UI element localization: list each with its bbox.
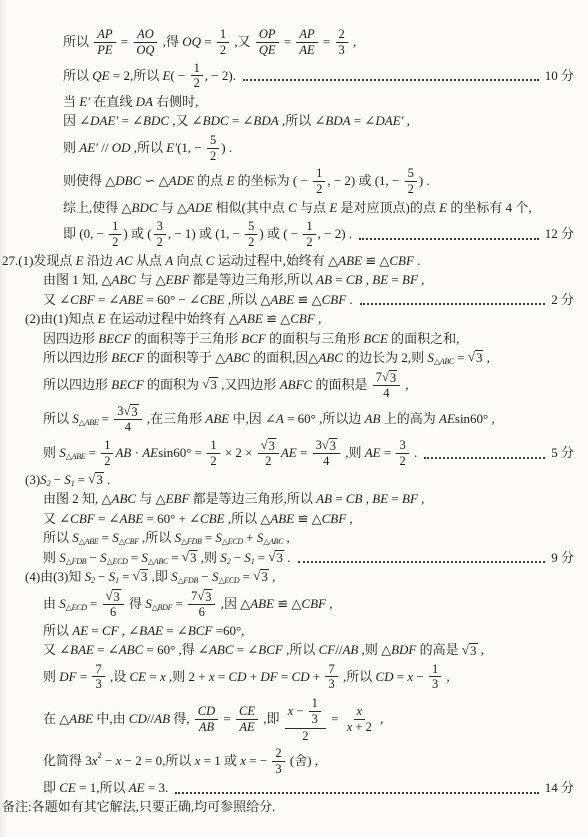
solution-lines: 所以 APPE = AOOQ ,得 OQ = 12 ,又 OPQE = APAE… — [0, 26, 574, 817]
math-fraction: x − 132 — [285, 695, 326, 743]
math-variable: C — [288, 199, 297, 217]
text-run: 上的高为 — [380, 410, 439, 428]
text-run: = — [328, 710, 342, 728]
text-run: 4 — [125, 420, 131, 435]
math-fraction: 73 — [325, 662, 337, 693]
radicand: 3 — [189, 550, 198, 566]
score-label: 9 分 — [551, 549, 574, 567]
text-run: 则 — [43, 668, 59, 686]
text-run: 所以 — [43, 622, 72, 640]
fraction-numerator: AP — [94, 27, 115, 43]
math-variable: EBF — [166, 490, 190, 508]
text-run: = 60° + ∠ — [143, 510, 200, 528]
math-variable: AO — [137, 27, 154, 42]
text-run: 由 — [43, 595, 59, 613]
math-variable: CE — [129, 668, 146, 686]
math-subscript: △ABE — [79, 417, 99, 428]
math-variable: AE′ — [79, 139, 98, 157]
text-run: . — [346, 291, 356, 309]
text-run: 2 — [275, 746, 281, 761]
math-sqrt: √3 — [468, 350, 484, 366]
math-fraction: 12 — [191, 61, 203, 92]
math-subscript: 1 — [251, 556, 255, 567]
text-run: , ∠ — [119, 622, 140, 640]
math-fraction: √36 — [103, 589, 124, 620]
math-subscript: △BDF — [152, 602, 173, 613]
math-variable: QE — [259, 43, 276, 58]
radicand: 3 — [329, 438, 337, 453]
math-fraction: 12 — [207, 438, 219, 469]
dot-leader — [424, 456, 545, 459]
math-variable: BDA — [325, 112, 350, 130]
text-run: , — [377, 710, 384, 728]
math-variable: C — [206, 252, 215, 270]
radical-sign-icon: √ — [202, 377, 209, 392]
radicand: 3 — [140, 569, 149, 585]
math-variable: CBE — [200, 510, 225, 528]
text-run: 的坐标有 4 个, — [447, 199, 532, 217]
text-run: − — [293, 704, 306, 719]
text-run: = 60° ,得 ∠ — [143, 641, 209, 659]
math-variable: ADE — [169, 172, 194, 190]
fraction-denominator: PE — [94, 43, 115, 58]
solution-line: 即 CE = 1,所以 AE = 3. 14 分 — [0, 779, 574, 797]
text-run: 2 — [408, 182, 414, 197]
math-fraction: 12 — [303, 219, 315, 250]
solution-line: 当 E′ 在直线 DA 右侧时, — [0, 93, 574, 111]
text-run: ≌ △ — [274, 595, 301, 613]
text-run: ,即 — [260, 710, 283, 728]
solution-line: 又 ∠CBF = ∠ABE = 60° + ∠CBE ,所以 △ABE ≌ △C… — [0, 510, 574, 528]
text-run: 沿边 — [84, 252, 117, 270]
fraction-numerator: x — [354, 704, 366, 720]
text-run: 在运动过程中始终有 △ — [106, 310, 240, 328]
math-subscript: △ECD — [107, 556, 128, 567]
math-variable: DA — [136, 93, 153, 111]
math-variable: CB — [346, 490, 363, 508]
text-run: 都是等边三角形,所以 — [189, 271, 316, 289]
text-run: , − 2) 或 (1, − — [327, 172, 402, 190]
math-variable: DF — [260, 668, 277, 686]
text-run: 综上,使得 △ — [63, 199, 132, 217]
math-subscripted: S△ABC — [141, 549, 168, 567]
text-run: 7 — [95, 662, 101, 677]
math-fraction: 52 — [405, 166, 417, 197]
solution-line: 所以四边形 BECF 的面积等于 △ABC 的面积,因△ABC 的边长为 2,则… — [0, 349, 574, 367]
fraction-numerator: 1 — [309, 696, 321, 712]
radical-sign-icon: √ — [133, 569, 140, 584]
text-run: 3 — [275, 762, 281, 777]
radical-sign-icon: √ — [468, 350, 475, 365]
math-subscripted: S△ABC — [257, 529, 284, 547]
text-run: 7 — [328, 662, 334, 677]
math-sqrt: √3 — [133, 569, 149, 585]
text-run: 1 — [210, 438, 216, 453]
math-variable: ABE — [270, 510, 294, 528]
solution-line: 因 ∠DAE′ = ∠BDC ,又 ∠BDC = ∠BDA ,所以 ∠BDA =… — [0, 112, 574, 130]
math-variable: E — [162, 67, 170, 85]
math-variable: ABC — [112, 490, 137, 508]
text-run: ,又四边形 — [218, 376, 280, 394]
radicand: 3 — [469, 643, 478, 659]
solution-line: 所以 S△ABE = S△CBF ,所以 S△FDB = S△ECD + S△A… — [0, 529, 574, 547]
radical-sign-icon: √ — [382, 370, 389, 384]
fraction-denominator: 2 — [191, 76, 203, 91]
fraction-denominator: 2 — [217, 43, 229, 58]
math-variable: DAE′ — [375, 112, 403, 130]
text-run: 的面积与三角形 — [266, 330, 364, 348]
fraction-numerator: AP — [296, 27, 317, 43]
math-subscripted: S△FDB — [59, 549, 86, 567]
math-variable: AB — [342, 641, 358, 659]
math-variable: BE — [372, 271, 388, 289]
solution-line: 所以 S△ABE = 3√34 ,在三角形 ABE 中,因 ∠A = 60° ,… — [0, 403, 574, 436]
math-variable: ABC — [112, 271, 137, 289]
fraction-numerator: 3 — [396, 438, 408, 454]
math-subscripted: S△CBF — [112, 529, 139, 547]
text-run: 2 — [194, 76, 200, 91]
solution-line: 由图 2 知, △ABC 与 △EBF 都是等边三角形,所以 AB = CB ,… — [0, 490, 574, 508]
math-subscripted: S△FDB — [171, 568, 198, 586]
text-run: + — [243, 529, 257, 547]
text-run: = ∠ — [229, 112, 254, 130]
text-run: , — [346, 510, 353, 528]
text-run: 备注:各题如有其它解法,只要正确,均可参照给分. — [2, 798, 275, 816]
text-run: − — [198, 568, 212, 586]
text-run: 因四边形 — [43, 330, 98, 348]
fraction-denominator: 3 — [429, 677, 441, 692]
fraction-denominator: 4 — [380, 386, 392, 401]
score-label: 5 分 — [551, 444, 574, 462]
math-subscript: △ECD — [218, 575, 239, 586]
text-run: . — [411, 444, 421, 462]
math-fraction: 23 — [336, 27, 348, 58]
text-run: = — [220, 710, 234, 728]
math-variable: A — [165, 252, 173, 270]
math-variable: E′ — [79, 93, 90, 111]
text-run: − — [230, 549, 244, 567]
text-run: 的高是 — [416, 641, 462, 659]
text-run: 又 ∠ — [43, 641, 70, 659]
text-run: = — [172, 595, 186, 613]
text-run: 得, — [170, 710, 193, 728]
text-run: 的边长为 2,则 — [343, 349, 428, 367]
text-run: = − — [246, 752, 270, 770]
math-superscripted: x2 — [92, 752, 102, 770]
text-run: ) . — [419, 172, 430, 190]
math-fraction: 12 — [109, 219, 121, 250]
math-subscript: 1 — [115, 575, 119, 586]
fraction-numerator: CE — [236, 704, 258, 720]
fraction-numerator: 1 — [109, 219, 121, 235]
math-variable: ABE — [239, 310, 263, 328]
text-run: , − 2). — [205, 67, 239, 85]
fraction-numerator: AO — [134, 27, 157, 43]
math-fraction: 3√34 — [313, 438, 340, 469]
text-run: 1 — [194, 61, 200, 76]
math-subscripted: S2 — [220, 549, 230, 567]
fraction-numerator: 1 — [303, 219, 315, 235]
fraction-denominator: 2 — [154, 235, 166, 250]
math-fraction: 12 — [313, 166, 325, 197]
fraction-denominator: 4 — [320, 454, 332, 469]
text-run: 的面积等于三角形 — [131, 330, 242, 348]
fraction-denominator: OQ — [133, 43, 157, 58]
text-run: 即 — [43, 779, 59, 797]
text-run: 的面积为 — [144, 376, 203, 394]
math-variable: CD — [375, 668, 393, 686]
math-variable: AB — [316, 490, 332, 508]
text-run: , — [403, 112, 410, 130]
math-subscript: 2 — [227, 556, 231, 567]
radicand: 3 — [130, 404, 138, 419]
score-label: 12 分 — [545, 225, 574, 243]
text-run: ,又 ∠ — [169, 112, 203, 130]
text-run: ≌ △ — [362, 252, 389, 270]
solution-line: 因四边形 BECF 的面积等于三角形 BCF 的面积与三角形 BCE 的面积之和… — [0, 330, 574, 348]
text-run: ,所以 — [139, 529, 175, 547]
math-variable: ABFC — [280, 376, 313, 394]
text-run: = — [278, 668, 292, 686]
text-run: . — [414, 252, 421, 270]
math-variable: CD — [292, 668, 310, 686]
radicand: 3 — [475, 350, 484, 366]
text-run: 2 — [302, 729, 308, 744]
text-run: , — [326, 595, 333, 613]
fraction-denominator: 3 — [325, 677, 337, 692]
text-run: 所以 — [63, 33, 92, 51]
math-subscripted: S1 — [109, 568, 119, 586]
fraction-numerator: √3 — [258, 438, 279, 454]
math-fraction: 7√34 — [373, 370, 400, 401]
text-run: = — [254, 549, 268, 567]
math-variable: AE — [142, 444, 158, 462]
radical-sign-icon: √ — [253, 569, 260, 584]
text-run: 所以四边形 — [43, 376, 111, 394]
radical-sign-icon: √ — [268, 550, 275, 565]
math-variable: ABE — [250, 595, 274, 613]
math-variable: AE — [365, 444, 381, 462]
solution-line: 所以 AE = CF , ∠BAE = ∠BCF =60°, — [0, 622, 574, 640]
math-subscripted: S2 — [85, 568, 95, 586]
math-subscripted: S2 — [40, 471, 50, 489]
solution-line: 所以 QE = 2,所以 E( − 12, − 2). 10 分 — [0, 60, 574, 93]
solution-line: 则 S△ABE = 12AB · AEsin60° = 12 × 2 × √32… — [0, 437, 574, 470]
text-run: 4 — [323, 454, 329, 469]
text-run: 由图 2 知, △ — [43, 490, 112, 508]
math-variable: BCF — [188, 622, 213, 640]
solution-line: 综上,使得 △BDC 与 △ADE 相似(其中点 C 与点 E 是对应顶点)的点… — [0, 199, 574, 217]
text-run: = — [74, 471, 88, 489]
text-run: 2 — [265, 454, 271, 469]
math-fraction: APPE — [94, 27, 115, 58]
fraction-denominator: 2 — [245, 235, 257, 250]
math-sqrt: √3 — [106, 589, 121, 604]
math-variable: AB — [115, 444, 131, 462]
math-subscript: △ECD — [222, 536, 243, 547]
text-run: ) . — [221, 139, 232, 157]
math-variable: ABE — [338, 252, 362, 270]
text-run: 5 — [408, 166, 414, 181]
solution-line: 即 (0, − 12) 或 (32, − 1) 或 (1, − 52) 或 ( … — [0, 218, 574, 251]
math-subscripted: S△FDB — [175, 529, 202, 547]
text-run: = ∠ — [163, 622, 188, 640]
text-run: 的面积等于 △ — [144, 349, 226, 367]
score-label: 14 分 — [545, 779, 574, 797]
fraction-denominator: x + 2 — [344, 720, 375, 735]
math-variable: x — [357, 704, 363, 719]
math-fraction: 13 — [309, 696, 321, 727]
fraction-denominator: AE — [236, 720, 257, 735]
solution-line: 化简得 3x2 − x − 2 = 0,所以 x = 1 或 x = − 23 … — [0, 745, 574, 778]
text-run: , — [443, 668, 450, 686]
solution-line: 由图 1 知, △ABC 与 △EBF 都是等边三角形,所以 AB = CB ,… — [0, 271, 574, 289]
math-variable: AB — [199, 720, 214, 735]
radicand: 3 — [95, 472, 104, 488]
fraction-denominator: 2 — [299, 729, 311, 744]
text-run: = — [388, 271, 402, 289]
math-sqrt: √3 — [261, 438, 276, 453]
math-variable: CBF — [322, 291, 347, 309]
fraction-denominator: 2 — [207, 149, 219, 164]
math-sqrt: √3 — [268, 550, 284, 566]
fraction-numerator: 1 — [191, 61, 203, 77]
solution-line: (4)由(3)知 S2 − S1 = √3 ,即 S△FDB − S△ECD =… — [0, 568, 574, 586]
text-run: (2)由(1)知点 — [25, 310, 98, 328]
text-run: 1 — [312, 696, 318, 711]
math-variable: AC — [116, 252, 133, 270]
fraction-denominator: AB — [196, 720, 217, 735]
radical-sign-icon: √ — [322, 438, 329, 452]
math-variable: AP — [97, 27, 112, 42]
fraction-numerator: 1 — [207, 438, 219, 454]
text-run: (4)由(3)知 — [25, 568, 85, 586]
text-run: = — [87, 595, 101, 613]
math-variable: QE — [92, 67, 109, 85]
math-variable: BDA — [253, 112, 278, 130]
fraction-numerator: 7√3 — [373, 370, 400, 386]
math-variable: CBF — [389, 252, 414, 270]
text-run: 中,由 — [93, 710, 129, 728]
text-run: =60°, — [212, 622, 244, 640]
text-run: = — [332, 271, 346, 289]
text-run: ,所以 — [283, 641, 319, 659]
radical-sign-icon: √ — [462, 643, 469, 658]
math-variable: BECF — [98, 330, 131, 348]
text-run: 当 — [63, 93, 79, 111]
text-run: 2 — [248, 235, 254, 250]
solution-line: 27.(1)发现点 E 沿边 AC 从点 A 向点 C 运动过程中,始终有 △A… — [0, 252, 574, 270]
fraction-numerator: 1 — [429, 662, 441, 678]
math-fraction: 12 — [217, 27, 229, 58]
math-variable: ABE — [205, 410, 229, 428]
fraction-numerator: 5 — [207, 133, 219, 149]
text-run: , − 1) 或 (1, − — [168, 225, 243, 243]
math-superscript: 2 — [98, 749, 102, 761]
text-run: 由图 1 知, △ — [43, 271, 112, 289]
math-fraction: 32 — [396, 438, 408, 469]
math-fraction: 23 — [272, 746, 284, 777]
radical-sign-icon: √ — [182, 550, 189, 565]
radical-sign-icon: √ — [106, 589, 113, 603]
text-run: 2 — [210, 149, 216, 164]
text-run: = ∠ — [94, 641, 119, 659]
fraction-denominator: 2 — [109, 235, 121, 250]
text-run: , — [363, 490, 373, 508]
text-run: = — [77, 668, 91, 686]
math-variable: AE — [239, 720, 254, 735]
math-subscript: △CBF — [119, 536, 139, 547]
math-variable: BECF — [111, 376, 144, 394]
text-run: ,因 △ — [217, 595, 250, 613]
text-run: 则 — [63, 139, 79, 157]
text-run: 在 △ — [43, 710, 69, 728]
text-run: ,所以 △ — [225, 291, 271, 309]
fraction-denominator: 2 — [313, 182, 325, 197]
text-run: 1 — [432, 662, 438, 677]
text-run: 2 — [399, 454, 405, 469]
math-sqrt: √3 — [202, 377, 218, 393]
math-subscripted: S△ABE — [72, 410, 98, 428]
text-run: = — [202, 529, 216, 547]
dot-leader — [359, 237, 538, 240]
math-variable: BECF — [111, 349, 144, 367]
math-fraction: APAE — [296, 27, 317, 58]
text-run: , — [483, 349, 490, 367]
math-sqrt: √3 — [182, 550, 198, 566]
text-run: 得 — [126, 595, 146, 613]
score-label: 2 分 — [551, 291, 574, 309]
solution-line: 则 DF = 73 ,设 CE = x ,则 2 + x = CD + DF =… — [0, 661, 574, 694]
math-variable: OP — [259, 27, 276, 42]
text-run: 在直线 — [90, 93, 136, 111]
text-run: , — [402, 376, 409, 394]
fraction-numerator: 3 — [154, 219, 166, 235]
fraction-denominator: 3 — [309, 712, 321, 727]
text-run: ,所以 ∠ — [279, 112, 326, 130]
math-subscripted: S△ABC — [427, 349, 454, 367]
text-run: ) 或 ( − — [259, 225, 301, 243]
text-run: 中,因 ∠ — [229, 410, 276, 428]
text-run: ,设 — [107, 668, 130, 686]
text-run: 1 — [306, 219, 312, 234]
fraction-numerator: x − 13 — [285, 695, 326, 729]
text-run: 3 — [432, 677, 438, 692]
math-variable: CE — [239, 704, 255, 719]
radicand: 3 — [209, 377, 218, 393]
dot-leader — [298, 560, 546, 563]
text-run: 所以 — [43, 529, 72, 547]
math-variable: DBC — [115, 172, 141, 190]
fraction-denominator: 3 — [92, 677, 104, 692]
math-variable: CBE — [200, 291, 225, 309]
text-run: − 2 = 0,所以 — [121, 752, 194, 770]
text-run: = — [297, 444, 311, 462]
text-run: sin60° = — [158, 444, 205, 462]
text-run: = — [201, 33, 215, 51]
text-run: 即 (0, − — [63, 225, 107, 243]
fraction-denominator: 3 — [272, 762, 284, 777]
text-run: = — [128, 549, 142, 567]
fraction-denominator: 2 — [101, 454, 113, 469]
math-variable: BF — [402, 490, 418, 508]
text-run: 2 — [112, 235, 118, 250]
math-sqrt: √3 — [88, 472, 104, 488]
text-run: 3 — [95, 677, 101, 692]
text-run: , — [283, 529, 290, 547]
solution-line: 所以四边形 BECF 的面积为 √3 ,又四边形 ABFC 的面积是 7√34 … — [0, 369, 574, 402]
math-sqrt: √3 — [253, 569, 269, 585]
